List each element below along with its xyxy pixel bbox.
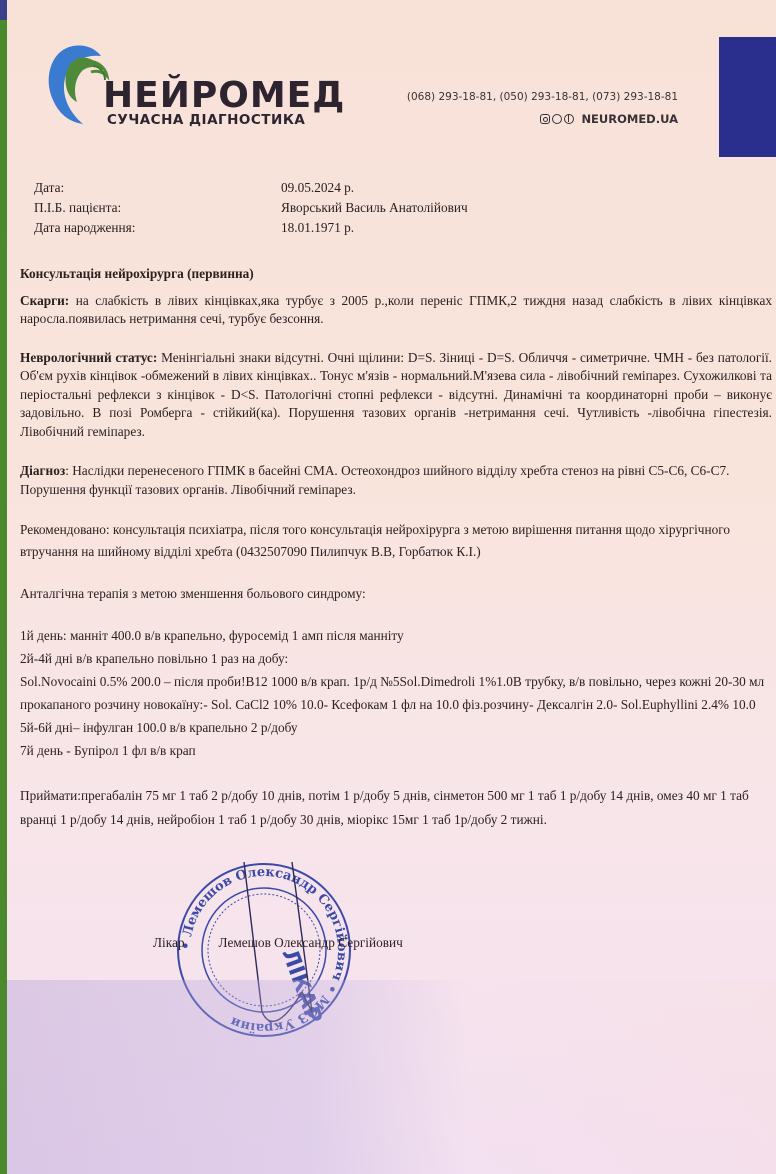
signature-role: Лікар — [153, 935, 185, 950]
therapy-line: 2й-4й дні в/в крапельно повільно 1 раз н… — [20, 647, 772, 670]
therapy-line: 7й день - Бупірол 1 фл в/в крап — [20, 739, 772, 762]
document-page: НЕЙРОМЕД СУЧАСНА ДІАГНОСТИКА (068) 293-1… — [7, 0, 776, 1174]
neuro-status-label: Неврологічний статус: — [20, 350, 157, 365]
complaints-section: Скарги: на слабкість в лівих кінцівках,я… — [20, 292, 772, 329]
recommendation-section: Рекомендовано: консультація психіатра, п… — [20, 519, 772, 563]
brand-logo: НЕЙРОМЕД СУЧАСНА ДІАГНОСТИКА — [43, 38, 343, 133]
diagnosis-label: Діагноз — [20, 463, 65, 478]
brand-tagline: СУЧАСНА ДІАГНОСТИКА — [107, 112, 305, 128]
meta-label: Дата: — [34, 178, 281, 198]
instagram-icon[interactable] — [540, 114, 550, 124]
brand-name: НЕЙРОМЕД — [103, 78, 345, 114]
complaints-label: Скарги: — [20, 293, 69, 308]
meta-row-date: Дата: 09.05.2024 р. — [34, 178, 772, 198]
signature-name: Лемешов Олександр Сергійович — [219, 935, 403, 950]
consultation-body: Дата: 09.05.2024 р. П.І.Б. пацієнта: Яво… — [20, 178, 772, 832]
meta-row-patient: П.І.Б. пацієнта: Яворський Василь Анатол… — [34, 198, 772, 218]
diagnosis-section: Діагноз: Наслідки перенесеного ГПМК в ба… — [20, 462, 772, 499]
therapy-line: Sol.Novocaini 0.5% 200.0 – після проби!В… — [20, 670, 772, 716]
therapy-heading: Анталгічна терапія з метою зменшення бол… — [20, 585, 772, 604]
meta-value: Яворський Василь Анатолійович — [281, 198, 468, 218]
therapy-list: 1й день: манніт 400.0 в/в крапельно, фур… — [20, 624, 772, 762]
take-medication-section: Приймати:прегабалін 75 мг 1 таб 2 р/добу… — [20, 784, 772, 832]
therapy-line: 1й день: манніт 400.0 в/в крапельно, фур… — [20, 624, 772, 647]
corner-tab-decoration — [719, 37, 776, 157]
meta-label: П.І.Б. пацієнта: — [34, 198, 281, 218]
patient-meta: Дата: 09.05.2024 р. П.І.Б. пацієнта: Яво… — [34, 178, 772, 238]
meta-label: Дата народження: — [34, 218, 281, 238]
therapy-line: 5й-6й дні– інфулган 100.0 в/в крапельно … — [20, 716, 772, 739]
meta-value: 09.05.2024 р. — [281, 178, 354, 198]
phone-numbers: (068) 293-18-81, (050) 293-18-81, (073) … — [407, 91, 678, 103]
meta-value: 18.01.1971 р. — [281, 218, 354, 238]
website-link[interactable]: NEUROMED.UA — [581, 112, 678, 126]
signature-row: ЛікарЛемешов Олександр Сергійович — [153, 935, 403, 951]
neuro-status-section: Неврологічний статус: Менінгіальні знаки… — [20, 349, 772, 442]
diagnosis-text: : Наслідки перенесеного ГПМК в басейні С… — [20, 463, 729, 497]
document-title: Консультація нейрохірурга (первинна) — [20, 265, 772, 284]
meta-row-birthdate: Дата народження: 18.01.1971 р. — [34, 218, 772, 238]
contact-block: (068) 293-18-81, (050) 293-18-81, (073) … — [407, 91, 678, 126]
globe-icon[interactable] — [564, 114, 574, 124]
stamp-center-text: ЛІКАР — [276, 946, 326, 1027]
viber-icon[interactable] — [552, 114, 562, 124]
complaints-text: на слабкість в лівих кінцівках,яка турбу… — [20, 293, 772, 327]
